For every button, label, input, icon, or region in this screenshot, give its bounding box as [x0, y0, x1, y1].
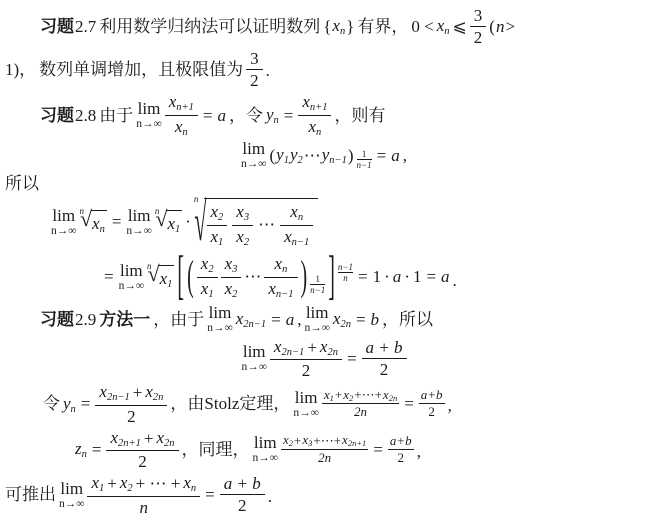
text: 由于: [99, 105, 133, 126]
limit-operator: limn→∞: [51, 207, 76, 238]
limit-operator: limn→∞: [304, 304, 329, 335]
plus-cdots-plus: + ⋯ +: [136, 474, 181, 493]
lim-word: lim: [138, 100, 161, 117]
limit-operator: limn→∞: [253, 434, 278, 465]
subscript: 2n: [340, 319, 351, 330]
var-sub: xn: [437, 15, 450, 38]
plus-cdots-plus: +⋯+: [313, 434, 341, 448]
lim-word: lim: [306, 304, 329, 321]
subscript: 1: [218, 237, 223, 248]
bracket-close: ]: [328, 250, 335, 304]
denominator: x2: [221, 277, 242, 301]
var-x: x: [211, 202, 219, 221]
var-y: y: [276, 145, 284, 164]
para-2-9-line-yn: 令 yn = x2n−1+x2n2 ，由Stolz定理， limn→∞ x1+x…: [5, 382, 643, 426]
numerator: x2n−1+x2n: [270, 337, 342, 360]
exercise-label: 习题: [40, 16, 74, 37]
fraction: x2n−1+x2n2: [270, 337, 342, 381]
subscript: 2n: [389, 393, 398, 403]
limit-operator: limn→∞: [293, 389, 318, 420]
var-a: a: [393, 266, 402, 287]
limit-operator: limn→∞: [136, 100, 161, 131]
radicand: x1: [159, 265, 175, 291]
cdot: ·: [185, 211, 191, 232]
para-2-9-line1: 习题2.9 方法一 ，由于 limn→∞ x2n−1 = a , limn→∞ …: [5, 304, 643, 335]
numerator: xn+1: [298, 92, 331, 115]
exponent-wrap: 1n−1: [357, 141, 372, 171]
var-x: x: [167, 214, 175, 233]
var-sub: x1: [211, 227, 224, 249]
var-sub: xn: [92, 213, 105, 236]
var-sub: x2n−1: [99, 382, 129, 404]
paren-open: (: [489, 16, 495, 37]
plus-sign: +: [335, 388, 342, 402]
exercise-label: 习题: [40, 309, 74, 330]
text: 可推出: [5, 484, 56, 505]
subscript: 2: [208, 264, 213, 275]
fraction: a + b2: [362, 338, 407, 379]
var-x: x: [302, 92, 310, 111]
subscript: 1: [208, 289, 213, 300]
var-sub: zn: [75, 438, 87, 461]
numerator: xn: [264, 254, 297, 277]
var-sub: x1: [160, 268, 173, 291]
comma: ,: [417, 441, 421, 471]
var-x: x: [225, 254, 233, 273]
lim-word: lim: [242, 140, 265, 157]
equals-sign: =: [404, 393, 414, 414]
var-a: a: [441, 266, 450, 287]
subscript: 2n+1: [118, 438, 141, 449]
fraction: a + b2: [220, 474, 265, 515]
comma: ,: [403, 145, 407, 166]
var-b: b: [371, 309, 380, 330]
text: 1)，: [5, 59, 36, 80]
fraction: x2x1: [207, 202, 228, 248]
numerator: x2+x3+⋯+x2n+1: [281, 433, 368, 449]
limit-operator: limn→∞: [241, 343, 266, 374]
subscript: n: [316, 127, 321, 138]
text-suoyi-line: 所以: [5, 173, 643, 194]
exp-den: n−1: [357, 159, 372, 170]
var-sub: yn−1: [322, 144, 347, 167]
denominator: 2: [220, 494, 265, 515]
plus-cdots-plus: +⋯+: [354, 388, 382, 402]
var-x: x: [290, 202, 298, 221]
subscript: n: [273, 115, 278, 126]
numerator: a + b: [362, 338, 407, 358]
equals-sign: =: [203, 105, 213, 126]
lim-under: n→∞: [241, 362, 266, 374]
subscript: 2n+1: [348, 438, 367, 448]
subscript: n: [340, 26, 345, 37]
numerator: a+b: [419, 388, 445, 403]
var-x: x: [211, 227, 219, 246]
denominator: xn: [298, 115, 331, 139]
nth-root-xn: n√xn: [79, 208, 106, 236]
subscript: 1: [99, 483, 104, 494]
inequality-left: 0 <: [411, 16, 433, 37]
var-sub: x2n: [145, 382, 163, 404]
var-sub: x2n: [320, 337, 338, 359]
lim-under: n→∞: [304, 323, 329, 335]
equals-sign: =: [347, 348, 357, 369]
comma: ,: [297, 309, 301, 330]
exp-den: n: [338, 272, 353, 283]
var-sub: xn: [175, 117, 188, 139]
subscript: 2n: [153, 392, 164, 403]
subscript: 1: [330, 393, 334, 403]
text: 利用数学归纳法可以证明数列: [99, 16, 320, 37]
fraction: x3x2: [232, 202, 253, 248]
document-page: 习题2.7 利用数学归纳法可以证明数列 {xn} 有界， 0 < xn ⩽ 32…: [0, 0, 647, 532]
equals-sign: =: [373, 439, 383, 460]
paren-close: ): [348, 145, 354, 166]
equals-sign: =: [426, 266, 436, 287]
exercise-heading: 习题2.8: [40, 105, 96, 126]
denominator: 2: [470, 26, 487, 47]
subscript: 2: [232, 289, 237, 300]
var-sub: xn: [332, 15, 345, 38]
text: 数列单调增加，且极限值为: [39, 59, 243, 80]
plus-sign: +: [294, 434, 301, 448]
cdots: ⋯: [304, 145, 321, 166]
limit-operator: limn→∞: [241, 140, 266, 171]
var-y: y: [63, 394, 71, 413]
radicand: x2x1x3x2⋯xnxn−1: [204, 198, 319, 248]
text: ，则有: [334, 105, 385, 126]
root-index: n: [147, 261, 152, 272]
equals-sign: =: [284, 105, 294, 126]
subscript: 2: [127, 483, 132, 494]
equals-sign: =: [92, 439, 102, 460]
var-sub: y1: [276, 144, 289, 167]
exp-num: 1: [310, 274, 325, 284]
exp-num: 1: [357, 149, 372, 159]
para-2-7-line1: 习题2.7 利用数学归纳法可以证明数列 {xn} 有界， 0 < xn ⩽ 32…: [5, 6, 643, 47]
cdots: ⋯: [258, 214, 275, 235]
limit-operator: limn→∞: [126, 207, 151, 238]
denominator: n: [87, 496, 200, 517]
var-sub: yn: [266, 104, 279, 127]
para-2-7-line2: 1)， 数列单调增加，且极限值为 32 .: [5, 49, 643, 90]
subscript: 3: [232, 264, 237, 275]
root-index: n: [194, 194, 199, 205]
fraction-small: x2+x3+⋯+x2n+12n: [281, 433, 368, 465]
denominator: 2: [95, 405, 167, 426]
var-sub: x2: [343, 388, 353, 403]
text: ，同理，: [182, 439, 250, 460]
subscript: n: [182, 127, 187, 138]
numerator: x3: [232, 202, 253, 225]
subscript: 1: [167, 279, 172, 290]
var-sub: x1: [167, 213, 180, 236]
exercise-heading: 习题2.7: [40, 16, 96, 37]
var-sub: yn: [63, 393, 76, 416]
radicand: x1: [166, 210, 182, 236]
subscript: n: [82, 449, 87, 460]
denominator: xn−1: [264, 277, 297, 301]
exp-den: n−1: [310, 284, 325, 295]
subscript: 3: [244, 212, 249, 223]
var-x: x: [332, 16, 340, 35]
lim-under: n→∞: [241, 159, 266, 171]
subscript: 2n−1: [107, 392, 130, 403]
nth-root-x1: n√x1: [147, 263, 174, 291]
text: ，所以: [382, 309, 433, 330]
exercise-number: 2.7: [75, 16, 96, 37]
nth-root-x1: n√x1: [155, 208, 182, 236]
var-x: x: [236, 227, 244, 246]
lim-word: lim: [254, 434, 277, 451]
var-sub: x2: [201, 254, 214, 276]
var-x: x: [309, 117, 317, 136]
equals-sign: =: [377, 145, 387, 166]
cdot: ·: [404, 266, 410, 287]
exp-num: n−1: [338, 262, 353, 272]
numerator: x2n+1+x2n: [106, 428, 178, 451]
fraction-xn1-xn: xn+1xn: [298, 92, 331, 138]
var-a: a: [391, 145, 400, 166]
lim-word: lim: [128, 207, 151, 224]
digit-one: 1: [373, 266, 382, 287]
numerator: a + b: [220, 474, 265, 494]
fraction-small: x1+x2+⋯+x2n2n: [322, 388, 399, 420]
denominator: 2n: [281, 449, 368, 465]
subscript: n−1: [292, 237, 310, 248]
var-sub: x2: [211, 202, 224, 224]
var-sub: xn: [275, 254, 288, 276]
exercise-number: 2.8: [75, 105, 96, 126]
text: 所以: [5, 173, 39, 194]
var-sub: x2n: [333, 308, 351, 331]
period: .: [268, 486, 272, 516]
denominator: 2: [419, 403, 445, 419]
para-2-9-line-zn: zn = x2n+1+x2n2 ，同理， limn→∞ x2+x3+⋯+x2n+…: [5, 428, 643, 472]
denominator: x2: [232, 225, 253, 249]
subscript: 2: [349, 393, 353, 403]
subscript: 2: [244, 237, 249, 248]
var-sub: x2n+1: [342, 433, 366, 448]
subscript: n: [191, 483, 196, 494]
text: 令: [43, 393, 60, 414]
subscript: 2n−1: [243, 319, 266, 330]
fraction: x2n−1+x2n2: [95, 382, 167, 426]
lim-under: n→∞: [207, 323, 232, 335]
text: ，由Stolz定理，: [170, 393, 290, 414]
subscript: n−1: [329, 155, 347, 166]
cdot: ·: [384, 266, 390, 287]
denominator: 2: [362, 358, 407, 379]
lim-word: lim: [295, 389, 318, 406]
var-x: x: [183, 473, 191, 492]
fraction-3-2: 32: [246, 49, 263, 90]
denominator: 2n: [322, 403, 399, 419]
fraction: x3x2: [221, 254, 242, 300]
var-sub: x2n: [383, 388, 397, 403]
bracket-open: [: [177, 250, 184, 304]
var-x: x: [99, 382, 107, 401]
radicand: xn: [91, 210, 107, 236]
var-x: x: [225, 279, 233, 298]
denominator: x1: [207, 225, 228, 249]
lim-under: n→∞: [119, 281, 144, 293]
exponent-fraction: n−1n: [338, 262, 353, 284]
var-n: n: [496, 16, 505, 37]
fraction-3-2: 32: [470, 6, 487, 47]
gt-sign: >: [505, 16, 515, 37]
equation-root-line1: limn→∞ n√xn = limn→∞ n√x1 · n√x2x1x3x2⋯x…: [5, 196, 643, 248]
var-x: x: [92, 214, 100, 233]
lim-under: n→∞: [253, 453, 278, 465]
numerator: x1+x2+ ⋯ +xn: [87, 473, 200, 496]
subscript: n+1: [176, 102, 194, 113]
period: .: [266, 60, 270, 90]
subscript: 2: [218, 212, 223, 223]
brace-close: }: [346, 16, 354, 37]
var-sub: x2n: [156, 428, 174, 450]
lim-under: n→∞: [126, 226, 151, 238]
fraction: x2n+1+x2n2: [106, 428, 178, 472]
var-x: x: [145, 382, 153, 401]
fraction: xnxn−1: [264, 254, 297, 300]
lim-word: lim: [209, 304, 232, 321]
lim-under: n→∞: [51, 226, 76, 238]
subscript: 3: [308, 438, 312, 448]
numerator: a+b: [388, 434, 414, 449]
var-x: x: [284, 227, 292, 246]
fraction-small: a+b2: [419, 388, 445, 420]
numerator: x3: [221, 254, 242, 277]
plus-sign: +: [107, 474, 117, 493]
subscript: n: [444, 26, 449, 37]
equation-geometric-mean: limn→∞ (y1y2⋯yn−1) 1n−1 = a ,: [5, 140, 643, 171]
root-index: n: [155, 206, 160, 217]
comma: ,: [448, 395, 452, 425]
var-sub: x3: [225, 254, 238, 276]
text: 有界，: [357, 16, 408, 37]
text: ，由于: [153, 309, 204, 330]
plus-sign: +: [144, 429, 154, 448]
equals-sign: =: [358, 266, 368, 287]
subscript: 1: [284, 155, 289, 166]
var-sub: x2n+1: [110, 428, 140, 450]
text: ，令: [229, 105, 263, 126]
cdots: ⋯: [244, 266, 261, 287]
subscript: n: [100, 224, 105, 235]
lim-under: n→∞: [293, 408, 318, 420]
plus-sign: +: [307, 338, 317, 357]
numerator: x2n−1+x2n: [95, 382, 167, 405]
var-sub: xn−1: [284, 227, 309, 249]
var-x: x: [275, 254, 283, 273]
lim-word: lim: [60, 480, 83, 497]
subscript: 2n: [164, 438, 175, 449]
para-2-9-conclusion: 可推出 limn→∞ x1+x2+ ⋯ +xnn = a + b2 .: [5, 473, 643, 517]
var-sub: xn: [309, 117, 322, 139]
lim-under: n→∞: [136, 119, 161, 131]
denominator: 2: [388, 449, 414, 465]
equals-sign: =: [205, 484, 215, 505]
numerator: xn+1: [165, 92, 198, 115]
equation-average: limn→∞ x2n−1+x2n2 = a + b2: [5, 337, 643, 381]
denominator: xn−1: [280, 225, 313, 249]
denominator: 2: [270, 359, 342, 380]
exercise-heading: 习题2.9: [40, 309, 96, 330]
equals-sign: =: [81, 393, 91, 414]
subscript: 2n: [327, 347, 338, 358]
denominator: x1: [197, 277, 218, 301]
subscript: n: [71, 404, 76, 415]
var-sub: xn: [183, 473, 196, 495]
lim-word: lim: [120, 262, 143, 279]
denominator: xn: [165, 115, 198, 139]
exponent-wrap: 1n−1: [310, 266, 325, 296]
period: .: [453, 270, 457, 300]
exercise-number: 2.9: [75, 309, 96, 330]
numerator: x2: [207, 202, 228, 225]
paren-close: ): [301, 256, 308, 298]
sequence-xn: {xn}: [323, 15, 354, 38]
denominator: 2: [246, 69, 263, 90]
method-label: 方法一: [99, 309, 150, 330]
var-sub: x1: [201, 279, 214, 301]
equals-sign: =: [112, 211, 122, 232]
var-sub: x2: [283, 433, 293, 448]
fraction-xn1-xn: xn+1xn: [165, 92, 198, 138]
var-sub: x2: [225, 279, 238, 301]
leq-sign: ⩽: [453, 16, 467, 37]
fraction: x2x1: [197, 254, 218, 300]
digit-one: 1: [413, 266, 422, 287]
plus-sign: +: [133, 383, 143, 402]
lim-under: n→∞: [59, 499, 84, 511]
var-sub: x3: [302, 433, 312, 448]
limit-operator: limn→∞: [207, 304, 232, 335]
brace-open: {: [323, 16, 331, 37]
fraction: xnxn−1: [280, 202, 313, 248]
var-x: x: [236, 202, 244, 221]
equation-root-line2: = limn→∞ n√x1 [ ( x2x1 x3x2 ⋯ xnxn−1 ) 1…: [5, 254, 643, 300]
lim-word: lim: [243, 343, 266, 360]
subscript: n: [298, 212, 303, 223]
lim-word: lim: [52, 207, 75, 224]
para-2-8-line1: 习题2.8 由于 limn→∞ xn+1xn = a ，令 yn = xn+1x…: [5, 92, 643, 138]
var-sub: x2n−1: [236, 308, 266, 331]
limit-operator: limn→∞: [59, 480, 84, 511]
var-sub: x2n−1: [274, 337, 304, 359]
equals-sign: =: [356, 309, 366, 330]
product-group: (y1y2⋯yn−1): [269, 144, 353, 167]
var-x: x: [110, 428, 118, 447]
subscript: 2n−1: [281, 347, 304, 358]
nth-root-product: n√x2x1x3x2⋯xnxn−1: [194, 196, 318, 248]
subscript: n: [282, 264, 287, 275]
equals-sign: =: [104, 266, 114, 287]
paren-open: (: [269, 145, 275, 166]
limit-operator: limn→∞: [119, 262, 144, 293]
numerator: x1+x2+⋯+x2n: [322, 388, 399, 404]
var-sub: x3: [236, 202, 249, 224]
exercise-label: 习题: [40, 105, 74, 126]
numerator: x2: [197, 254, 218, 277]
equals-sign: =: [271, 309, 281, 330]
fraction: x1+x2+ ⋯ +xnn: [87, 473, 200, 517]
paren-n-gt: (n>: [489, 16, 515, 37]
root-index: n: [79, 206, 84, 217]
subscript: 2: [289, 438, 293, 448]
var-sub: x2: [236, 227, 249, 249]
